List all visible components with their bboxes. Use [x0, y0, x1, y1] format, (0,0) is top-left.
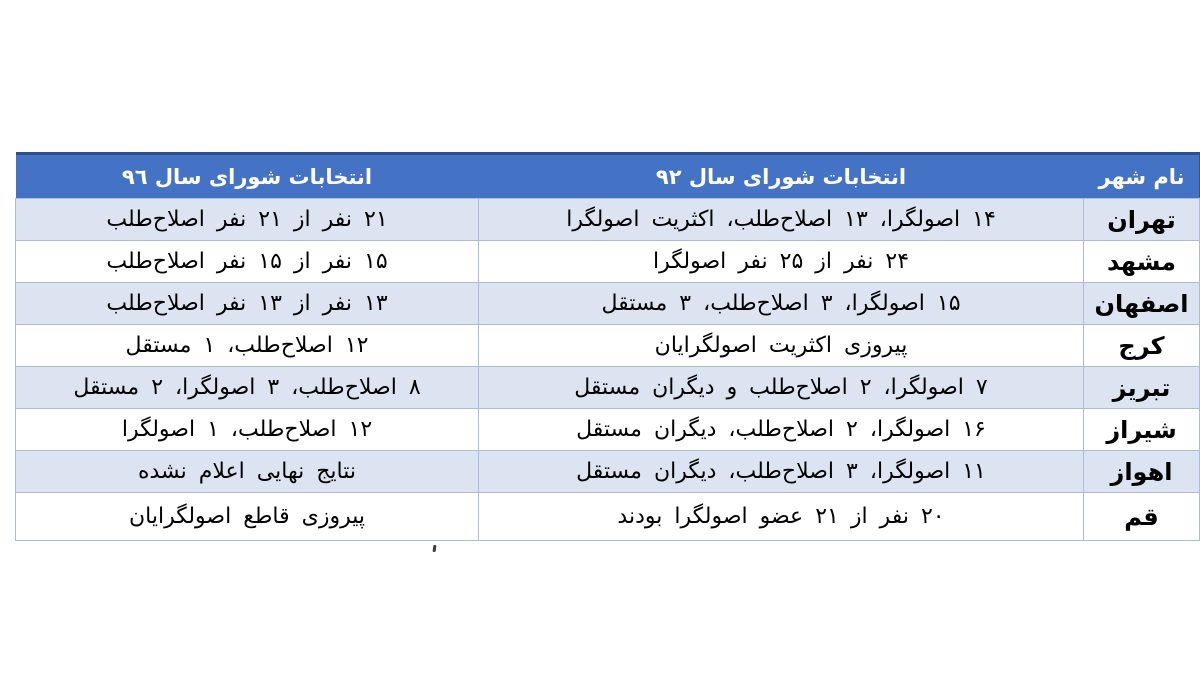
cell-y96: ۱۲ اصلاح‌طلب، ۱ اصولگرا — [16, 409, 479, 451]
table-row: اصفهان۱۵ اصولگرا، ۳ اصلاح‌طلب، ۳ مستقل۱۳… — [16, 283, 1200, 325]
cell-y96: پیروزی قاطع اصولگرایان — [16, 493, 479, 541]
cell-city: تهران — [1084, 199, 1200, 241]
table-row: مشهد۲۴ نفر از ۲۵ نفر اصولگرا۱۵ نفر از ۱۵… — [16, 241, 1200, 283]
election-results-table: نام شهر انتخابات شورای سال ٩٢ انتخابات ش… — [15, 152, 1200, 541]
table-row: شیراز۱۶ اصولگرا، ۲ اصلاح‌طلب، دیگران مست… — [16, 409, 1200, 451]
table-row: تبریز۷ اصولگرا، ۲ اصلاح‌طلب و دیگران مست… — [16, 367, 1200, 409]
cell-y92: ۱۶ اصولگرا، ۲ اصلاح‌طلب، دیگران مستقل — [479, 409, 1084, 451]
header-year-92: انتخابات شورای سال ٩٢ — [479, 154, 1084, 199]
cell-y92: ۱۱ اصولگرا، ۳ اصلاح‌طلب، دیگران مستقل — [479, 451, 1084, 493]
cell-y92: ۷ اصولگرا، ۲ اصلاح‌طلب و دیگران مستقل — [479, 367, 1084, 409]
stray-mark — [433, 545, 437, 552]
table-header: نام شهر انتخابات شورای سال ٩٢ انتخابات ش… — [16, 154, 1200, 199]
table-row: تهران۱۴ اصولگرا، ۱۳ اصلاح‌طلب، اکثریت اص… — [16, 199, 1200, 241]
cell-y92: ۱۴ اصولگرا، ۱۳ اصلاح‌طلب، اکثریت اصولگرا — [479, 199, 1084, 241]
cell-y96: ۱۵ نفر از ۱۵ نفر اصلاح‌طلب — [16, 241, 479, 283]
table-row: کرجپیروزی اکثریت اصولگرایان۱۲ اصلاح‌طلب،… — [16, 325, 1200, 367]
cell-y92: ۲۴ نفر از ۲۵ نفر اصولگرا — [479, 241, 1084, 283]
cell-city: مشهد — [1084, 241, 1200, 283]
header-year-96: انتخابات شورای سال ٩٦ — [16, 154, 479, 199]
header-overflow-cell — [1186, 152, 1200, 197]
cell-y92: ۱۵ اصولگرا، ۳ اصلاح‌طلب، ۳ مستقل — [479, 283, 1084, 325]
cell-y92: پیروزی اکثریت اصولگرایان — [479, 325, 1084, 367]
table-row: قم۲۰ نفر از ۲۱ عضو اصولگرا بودندپیروزی ق… — [16, 493, 1200, 541]
cell-city: شیراز — [1084, 409, 1200, 451]
cell-y96: نتایج نهایی اعلام نشده — [16, 451, 479, 493]
cell-city: اهواز — [1084, 451, 1200, 493]
cell-city: اصفهان — [1084, 283, 1200, 325]
cell-y96: ۸ اصلاح‌طلب، ۳ اصولگرا، ۲ مستقل — [16, 367, 479, 409]
cell-city: کرج — [1084, 325, 1200, 367]
header-row: نام شهر انتخابات شورای سال ٩٢ انتخابات ش… — [16, 154, 1200, 199]
page: نام شهر انتخابات شورای سال ٩٢ انتخابات ش… — [0, 0, 1200, 674]
table-body: تهران۱۴ اصولگرا، ۱۳ اصلاح‌طلب، اکثریت اص… — [16, 199, 1200, 541]
election-results-table-wrap: نام شهر انتخابات شورای سال ٩٢ انتخابات ش… — [2, 152, 1200, 541]
cell-city: قم — [1084, 493, 1200, 541]
cell-y96: ۱۲ اصلاح‌طلب، ۱ مستقل — [16, 325, 479, 367]
table-row: اهواز۱۱ اصولگرا، ۳ اصلاح‌طلب، دیگران مست… — [16, 451, 1200, 493]
cell-city: تبریز — [1084, 367, 1200, 409]
cell-y96: ۲۱ نفر از ۲۱ نفر اصلاح‌طلب — [16, 199, 479, 241]
header-city-name: نام شهر — [1084, 154, 1200, 199]
cell-y96: ۱۳ نفر از ۱۳ نفر اصلاح‌طلب — [16, 283, 479, 325]
cell-y92: ۲۰ نفر از ۲۱ عضو اصولگرا بودند — [479, 493, 1084, 541]
